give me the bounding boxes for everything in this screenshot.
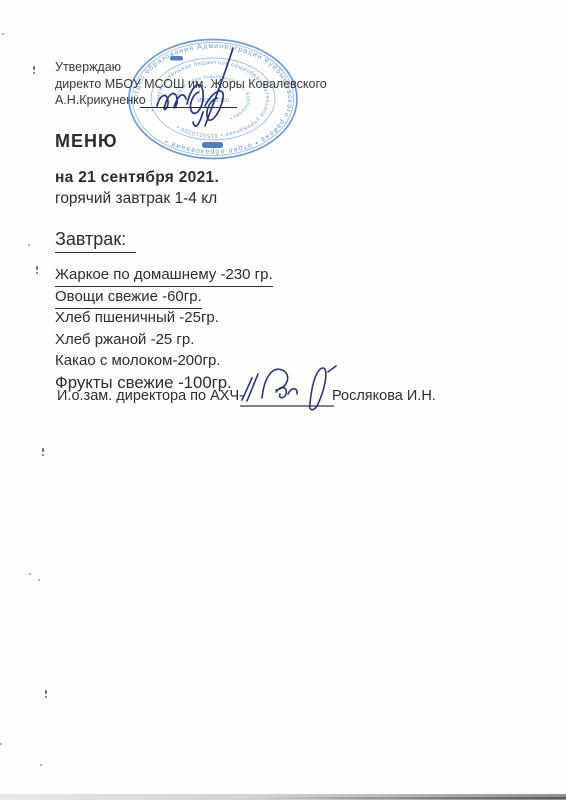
- menu-item-label: Жаркое по домашнему -230 гр.: [55, 264, 273, 287]
- scan-noise-mark: [2, 33, 4, 35]
- menu-date: на 21 сентября 2021.: [55, 169, 219, 187]
- scan-noise-mark: [45, 690, 47, 694]
- document-title: МЕНЮ: [55, 131, 118, 152]
- menu-item-label: Какао с молоком-200гр.: [55, 352, 220, 369]
- scan-noise-mark: [28, 244, 30, 246]
- scan-noise-mark: [42, 448, 44, 452]
- director-signature: [145, 42, 275, 132]
- meal-subtitle: горячий завтрак 1-4 кл: [55, 190, 217, 208]
- deputy-role-label: И.о.зам. директора по АХЧ-: [57, 388, 244, 404]
- menu-item: Хлеб пшеничный -25гр.: [55, 307, 273, 329]
- scanned-menu-document: отдел образования Администрации Куйбышев…: [0, 0, 566, 800]
- scan-noise-mark: [0, 743, 2, 745]
- scan-noise-mark: [38, 579, 40, 581]
- scan-noise-mark: [29, 573, 31, 575]
- scan-noise-mark: [40, 764, 42, 766]
- section-heading-text: Завтрак:: [55, 229, 136, 253]
- scan-noise-mark: [33, 66, 35, 70]
- section-heading: Завтрак:: [55, 229, 136, 253]
- menu-item-label: Хлеб ржаной -25 гр.: [55, 331, 194, 348]
- stamp-emblem-bottom: [202, 142, 223, 148]
- deputy-signature: [236, 360, 342, 412]
- scan-bottom-edge: [0, 794, 566, 800]
- deputy-signer-name: Рослякова И.Н.: [332, 388, 436, 404]
- menu-item-label: Овощи свежие -60гр.: [55, 286, 202, 309]
- menu-item: Хлеб ржаной -25 гр.: [55, 329, 273, 351]
- menu-item: Овощи свежие -60гр.: [55, 286, 273, 308]
- menu-item-label: Хлеб пшеничный -25гр.: [55, 309, 219, 326]
- scan-noise-mark: [36, 266, 38, 270]
- menu-item: Жаркое по домашнему -230 гр.: [55, 264, 273, 286]
